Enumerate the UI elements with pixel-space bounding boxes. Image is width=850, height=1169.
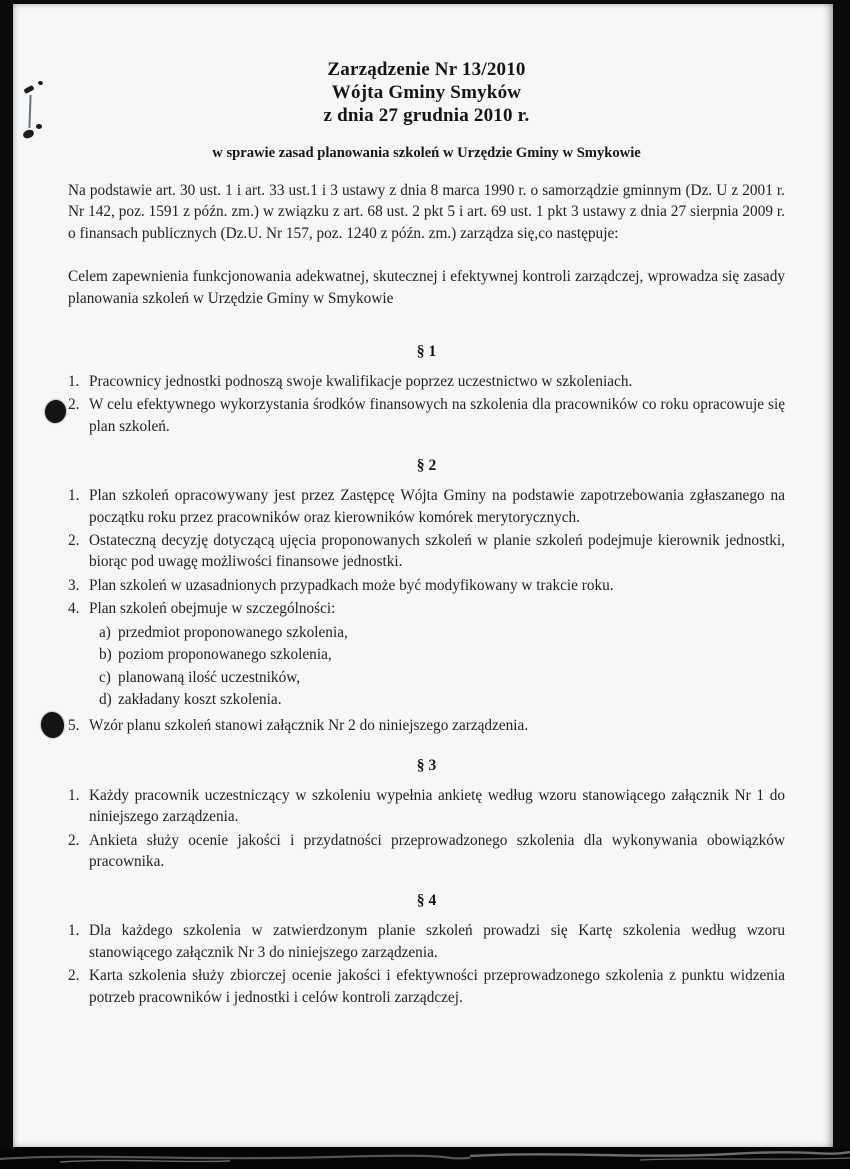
list-item: 1.Każdy pracownik uczestniczący w szkole…: [68, 785, 785, 828]
item-paragraph: Plan szkoleń w uzasadnionych przypadkach…: [89, 575, 785, 596]
subitem-text: planowaną ilość uczestników,: [118, 667, 300, 689]
item-number: 1.: [68, 371, 89, 392]
subitem-number: b): [99, 644, 118, 666]
item-text: Ostateczną decyzję dotyczącą ujęcia prop…: [89, 530, 785, 573]
sub-item: c)planowaną ilość uczestników,: [99, 667, 785, 689]
item-paragraph: Plan szkoleń opracowywany jest przez Zas…: [89, 485, 785, 528]
subitem-number: a): [99, 622, 118, 644]
item-text: Plan szkoleń w uzasadnionych przypadkach…: [89, 575, 785, 596]
document-subject: w sprawie zasad planowania szkoleń w Urz…: [68, 145, 785, 162]
section-heading: § 2: [68, 457, 785, 475]
item-number: 1.: [68, 485, 89, 528]
item-paragraph: Plan szkoleń obejmuje w szczególności:: [89, 598, 785, 619]
item-paragraph: Dla każdego szkolenia w zatwierdzonym pl…: [89, 920, 785, 963]
section: § 31.Każdy pracownik uczestniczący w szk…: [68, 757, 785, 873]
paper-sheet: Zarządzenie Nr 13/2010 Wójta Gminy Smykó…: [13, 4, 833, 1151]
intro-paragraph: Celem zapewnienia funkcjonowania adekwat…: [68, 266, 785, 309]
item-number: 1.: [68, 785, 89, 828]
document-title: Zarządzenie Nr 13/2010 Wójta Gminy Smykó…: [68, 58, 785, 127]
item-text: W celu efektywnego wykorzystania środków…: [89, 394, 785, 437]
title-line-3: z dnia 27 grudnia 2010 r.: [68, 104, 785, 127]
ink-mark-dot-2: [36, 124, 42, 129]
item-number: 2.: [68, 830, 89, 873]
item-number: 2.: [68, 530, 89, 573]
list-item: 3.Plan szkoleń w uzasadnionych przypadka…: [68, 575, 785, 596]
item-paragraph: Pracownicy jednostki podnoszą swoje kwal…: [89, 371, 785, 392]
item-text: Ankieta służy ocenie jakości i przydatno…: [89, 830, 785, 873]
item-paragraph: Ankieta służy ocenie jakości i przydatno…: [89, 830, 785, 873]
item-list: 1.Dla każdego szkolenia w zatwierdzonym …: [68, 920, 785, 1008]
section: § 21.Plan szkoleń opracowywany jest prze…: [68, 457, 785, 736]
scanned-page: Zarządzenie Nr 13/2010 Wójta Gminy Smykó…: [0, 0, 850, 1169]
sub-item: d)zakładany koszt szkolenia.: [99, 689, 785, 711]
item-paragraph: Karta szkolenia służy zbiorczej ocenie j…: [89, 965, 785, 1008]
legal-basis-paragraph: Na podstawie art. 30 ust. 1 i art. 33 us…: [68, 180, 785, 244]
item-list: 1.Pracownicy jednostki podnoszą swoje kw…: [68, 371, 785, 437]
item-number: 2.: [68, 394, 89, 437]
item-number: 5.: [68, 715, 89, 736]
item-text: Karta szkolenia służy zbiorczej ocenie j…: [89, 965, 785, 1008]
item-text: Plan szkoleń opracowywany jest przez Zas…: [89, 485, 785, 528]
document-content: Zarządzenie Nr 13/2010 Wójta Gminy Smykó…: [68, 4, 785, 1010]
sub-item: b)poziom proponowanego szkolenia,: [99, 644, 785, 666]
item-number: 4.: [68, 598, 89, 713]
list-item: 1.Pracownicy jednostki podnoszą swoje kw…: [68, 371, 785, 392]
subitem-list: a)przedmiot proponowanego szkolenia,b)po…: [99, 622, 785, 712]
section: § 41.Dla każdego szkolenia w zatwierdzon…: [68, 892, 785, 1008]
item-text: Plan szkoleń obejmuje w szczególności:a)…: [89, 598, 785, 713]
item-text: Dla każdego szkolenia w zatwierdzonym pl…: [89, 920, 785, 963]
item-paragraph: Każdy pracownik uczestniczący w szkoleni…: [89, 785, 785, 828]
subitem-text: zakładany koszt szkolenia.: [118, 689, 282, 711]
subitem-text: przedmiot proponowanego szkolenia,: [118, 622, 348, 644]
section-heading: § 1: [68, 343, 785, 361]
list-item: 5.Wzór planu szkoleń stanowi załącznik N…: [68, 715, 785, 736]
item-paragraph: Ostateczną decyzję dotyczącą ujęcia prop…: [89, 530, 785, 573]
item-text: Każdy pracownik uczestniczący w szkoleni…: [89, 785, 785, 828]
list-item: 2.W celu efektywnego wykorzystania środk…: [68, 394, 785, 437]
item-text: Pracownicy jednostki podnoszą swoje kwal…: [89, 371, 785, 392]
item-paragraph: W celu efektywnego wykorzystania środków…: [89, 394, 785, 437]
item-paragraph: Wzór planu szkoleń stanowi załącznik Nr …: [89, 715, 785, 736]
list-item: 2.Ostateczną decyzję dotyczącą ujęcia pr…: [68, 530, 785, 573]
list-item: 4.Plan szkoleń obejmuje w szczególności:…: [68, 598, 785, 713]
section: § 11.Pracownicy jednostki podnoszą swoje…: [68, 343, 785, 437]
subitem-number: d): [99, 689, 118, 711]
title-line-1: Zarządzenie Nr 13/2010: [68, 58, 785, 81]
item-number: 1.: [68, 920, 89, 963]
list-item: 2.Karta szkolenia służy zbiorczej ocenie…: [68, 965, 785, 1008]
list-item: 2.Ankieta służy ocenie jakości i przydat…: [68, 830, 785, 873]
subitem-text: poziom proponowanego szkolenia,: [118, 644, 332, 666]
item-text: Wzór planu szkoleń stanowi załącznik Nr …: [89, 715, 785, 736]
title-line-2: Wójta Gminy Smyków: [68, 81, 785, 104]
item-number: 2.: [68, 965, 89, 1008]
scanner-edge-strip: [0, 1147, 850, 1169]
section-heading: § 3: [68, 757, 785, 775]
list-item: 1.Dla każdego szkolenia w zatwierdzonym …: [68, 920, 785, 963]
sub-item: a)przedmiot proponowanego szkolenia,: [99, 622, 785, 644]
list-item: 1.Plan szkoleń opracowywany jest przez Z…: [68, 485, 785, 528]
item-number: 3.: [68, 575, 89, 596]
item-list: 1.Każdy pracownik uczestniczący w szkole…: [68, 785, 785, 873]
scanner-edge-highlights: [0, 1147, 850, 1169]
sections: § 11.Pracownicy jednostki podnoszą swoje…: [68, 343, 785, 1008]
item-list: 1.Plan szkoleń opracowywany jest przez Z…: [68, 485, 785, 736]
section-heading: § 4: [68, 892, 785, 910]
subitem-number: c): [99, 667, 118, 689]
